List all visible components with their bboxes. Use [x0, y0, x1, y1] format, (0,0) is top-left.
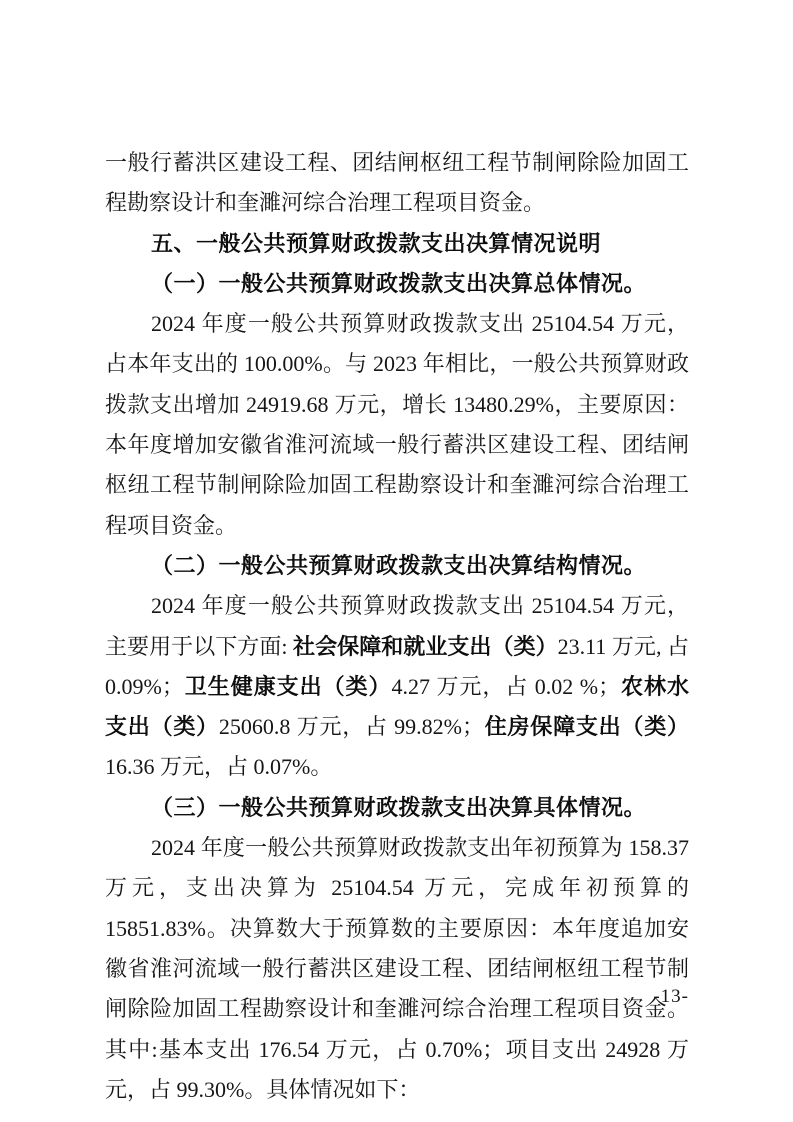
paragraph-text: 25060.8 万元，占 99.82%； [219, 714, 484, 739]
expense-category-social-security: 社会保障和就业支出（类） [293, 634, 558, 659]
paragraph-continuation: 一般行蓄洪区建设工程、团结闸枢纽工程节制闸除险加固工程勘察设计和奎濉河综合治理工… [105, 143, 689, 224]
paragraph-structure-situation: 2024 年度一般公共预算财政拨款支出 25104.54 万元，主要用于以下方面… [105, 586, 689, 787]
page-number: -13- [105, 986, 689, 1008]
subsection-heading-one: （一）一般公共预算财政拨款支出决算总体情况。 [105, 264, 689, 304]
paragraph-text: 2024 年度一般公共预算财政拨款支出 25104.54 万元，占本年支出的 1… [105, 311, 689, 537]
paragraph-text: 16.36 万元，占 0.07%。 [105, 754, 332, 779]
subsection-heading-three: （三）一般公共预算财政拨款支出决算具体情况。 [105, 788, 689, 828]
document-page: 一般行蓄洪区建设工程、团结闸枢纽工程节制闸除险加固工程勘察设计和奎濉河综合治理工… [0, 0, 793, 1122]
expense-category-housing: 住房保障支出（类） [484, 714, 689, 739]
paragraph-text: 一般行蓄洪区建设工程、团结闸枢纽工程节制闸除险加固工程勘察设计和奎濉河综合治理工… [105, 150, 689, 215]
paragraph-text: 4.27 万元，占 0.02 %； [392, 674, 621, 699]
subsection-heading-two: （二）一般公共预算财政拨款支出决算结构情况。 [105, 546, 689, 586]
expense-category-health: 卫生健康支出（类） [184, 674, 392, 699]
paragraph-specific-situation: 2024 年度一般公共预算财政拨款支出年初预算为 158.37 万元，支出决算为… [105, 828, 689, 1110]
paragraph-text: 2024 年度一般公共预算财政拨款支出年初预算为 158.37 万元，支出决算为… [105, 835, 689, 1102]
page-content: 一般行蓄洪区建设工程、团结闸枢纽工程节制闸除险加固工程勘察设计和奎濉河综合治理工… [105, 143, 689, 1110]
section-heading-five: 五、一般公共预算财政拨款支出决算情况说明 [105, 224, 689, 264]
paragraph-overall-situation: 2024 年度一般公共预算财政拨款支出 25104.54 万元，占本年支出的 1… [105, 304, 689, 546]
